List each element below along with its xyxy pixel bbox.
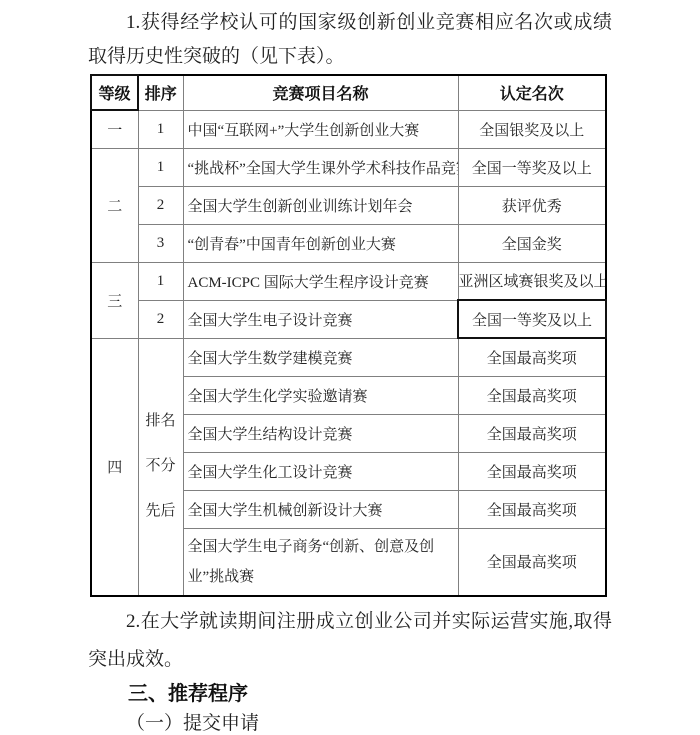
cell-rank: 全国一等奖及以上 xyxy=(458,148,606,186)
table-row: 2 全国大学生创新创业训练计划年会 获评优秀 xyxy=(91,186,606,224)
cell-rank: 全国最高奖项 xyxy=(458,338,606,376)
cell-competition-name: 全国大学生电子商务“创新、创意及创业”挑战赛 xyxy=(183,528,458,596)
table-header-row: 等级 排序 竞赛项目名称 认定名次 xyxy=(91,75,606,110)
cell-order: 1 xyxy=(138,148,183,186)
header-cell-rank: 认定名次 xyxy=(458,75,606,110)
header-cell-name: 竞赛项目名称 xyxy=(183,75,458,110)
header-cell-level: 等级 xyxy=(91,75,138,110)
cell-rank: 全国银奖及以上 xyxy=(458,110,606,148)
cell-competition-name: 全国大学生创新创业训练计划年会 xyxy=(183,186,458,224)
section-heading-recommendation-procedure: 三、推荐程序 xyxy=(88,679,612,709)
cell-level: 四 xyxy=(91,338,138,596)
document-page: 1.获得经学校认可的国家级创新创业竞赛相应名次或成绩取得历史性突破的（见下表）。… xyxy=(0,0,700,735)
cell-rank: 全国最高奖项 xyxy=(458,452,606,490)
cell-rank: 全国金奖 xyxy=(458,224,606,262)
cell-order: 2 xyxy=(138,300,183,338)
cell-competition-name: “创青春”中国青年创新创业大赛 xyxy=(183,224,458,262)
cell-competition-name: 中国“互联网+”大学生创新创业大赛 xyxy=(183,110,458,148)
cell-level: 一 xyxy=(91,110,138,148)
cell-competition-name: “挑战杯”全国大学生课外学术科技作品竞赛 xyxy=(183,148,458,186)
cell-competition-name: 全国大学生结构设计竞赛 xyxy=(183,414,458,452)
paragraph-competition-intro: 1.获得经学校认可的国家级创新创业竞赛相应名次或成绩取得历史性突破的（见下表）。 xyxy=(88,6,612,74)
cell-competition-name: ACM-ICPC 国际大学生程序设计竞赛 xyxy=(183,262,458,300)
cell-competition-name: 全国大学生电子设计竞赛 xyxy=(183,300,458,338)
cell-competition-name: 全国大学生数学建模竞赛 xyxy=(183,338,458,376)
table-row: 3 “创青春”中国青年创新创业大赛 全国金奖 xyxy=(91,224,606,262)
table-row: 四 排名不分先后 全国大学生数学建模竞赛 全国最高奖项 xyxy=(91,338,606,376)
cell-rank: 全国最高奖项 xyxy=(458,528,606,596)
header-cell-order: 排序 xyxy=(138,75,183,110)
cell-order: 3 xyxy=(138,224,183,262)
cell-rank: 全国最高奖项 xyxy=(458,414,606,452)
cell-competition-name: 全国大学生化学实验邀请赛 xyxy=(183,376,458,414)
cell-rank: 全国最高奖项 xyxy=(458,376,606,414)
paragraph-startup-company: 2.在大学就读期间注册成立创业公司并实际运营实施,取得突出成效。 xyxy=(88,603,612,679)
subsection-heading-submit-application: （一）提交申请 xyxy=(88,709,612,735)
cell-order: 1 xyxy=(138,262,183,300)
cell-order-note: 排名不分先后 xyxy=(138,338,183,596)
competition-table: 等级 排序 竞赛项目名称 认定名次 一 1 中国“互联网+”大学生创新创业大赛 … xyxy=(90,74,607,597)
cell-competition-name: 全国大学生化工设计竞赛 xyxy=(183,452,458,490)
table-row: 二 1 “挑战杯”全国大学生课外学术科技作品竞赛 全国一等奖及以上 xyxy=(91,148,606,186)
cell-competition-name: 全国大学生机械创新设计大赛 xyxy=(183,490,458,528)
cell-rank: 全国最高奖项 xyxy=(458,490,606,528)
cell-order: 2 xyxy=(138,186,183,224)
cell-rank: 获评优秀 xyxy=(458,186,606,224)
cell-rank-emphasized: 全国一等奖及以上 xyxy=(458,300,606,338)
cell-level: 二 xyxy=(91,148,138,262)
cell-rank: 亚洲区域赛银奖及以上 xyxy=(458,262,606,300)
table-row: 三 1 ACM-ICPC 国际大学生程序设计竞赛 亚洲区域赛银奖及以上 xyxy=(91,262,606,300)
cell-level: 三 xyxy=(91,262,138,338)
table-row: 2 全国大学生电子设计竞赛 全国一等奖及以上 xyxy=(91,300,606,338)
cell-order: 1 xyxy=(138,110,183,148)
table-row: 一 1 中国“互联网+”大学生创新创业大赛 全国银奖及以上 xyxy=(91,110,606,148)
